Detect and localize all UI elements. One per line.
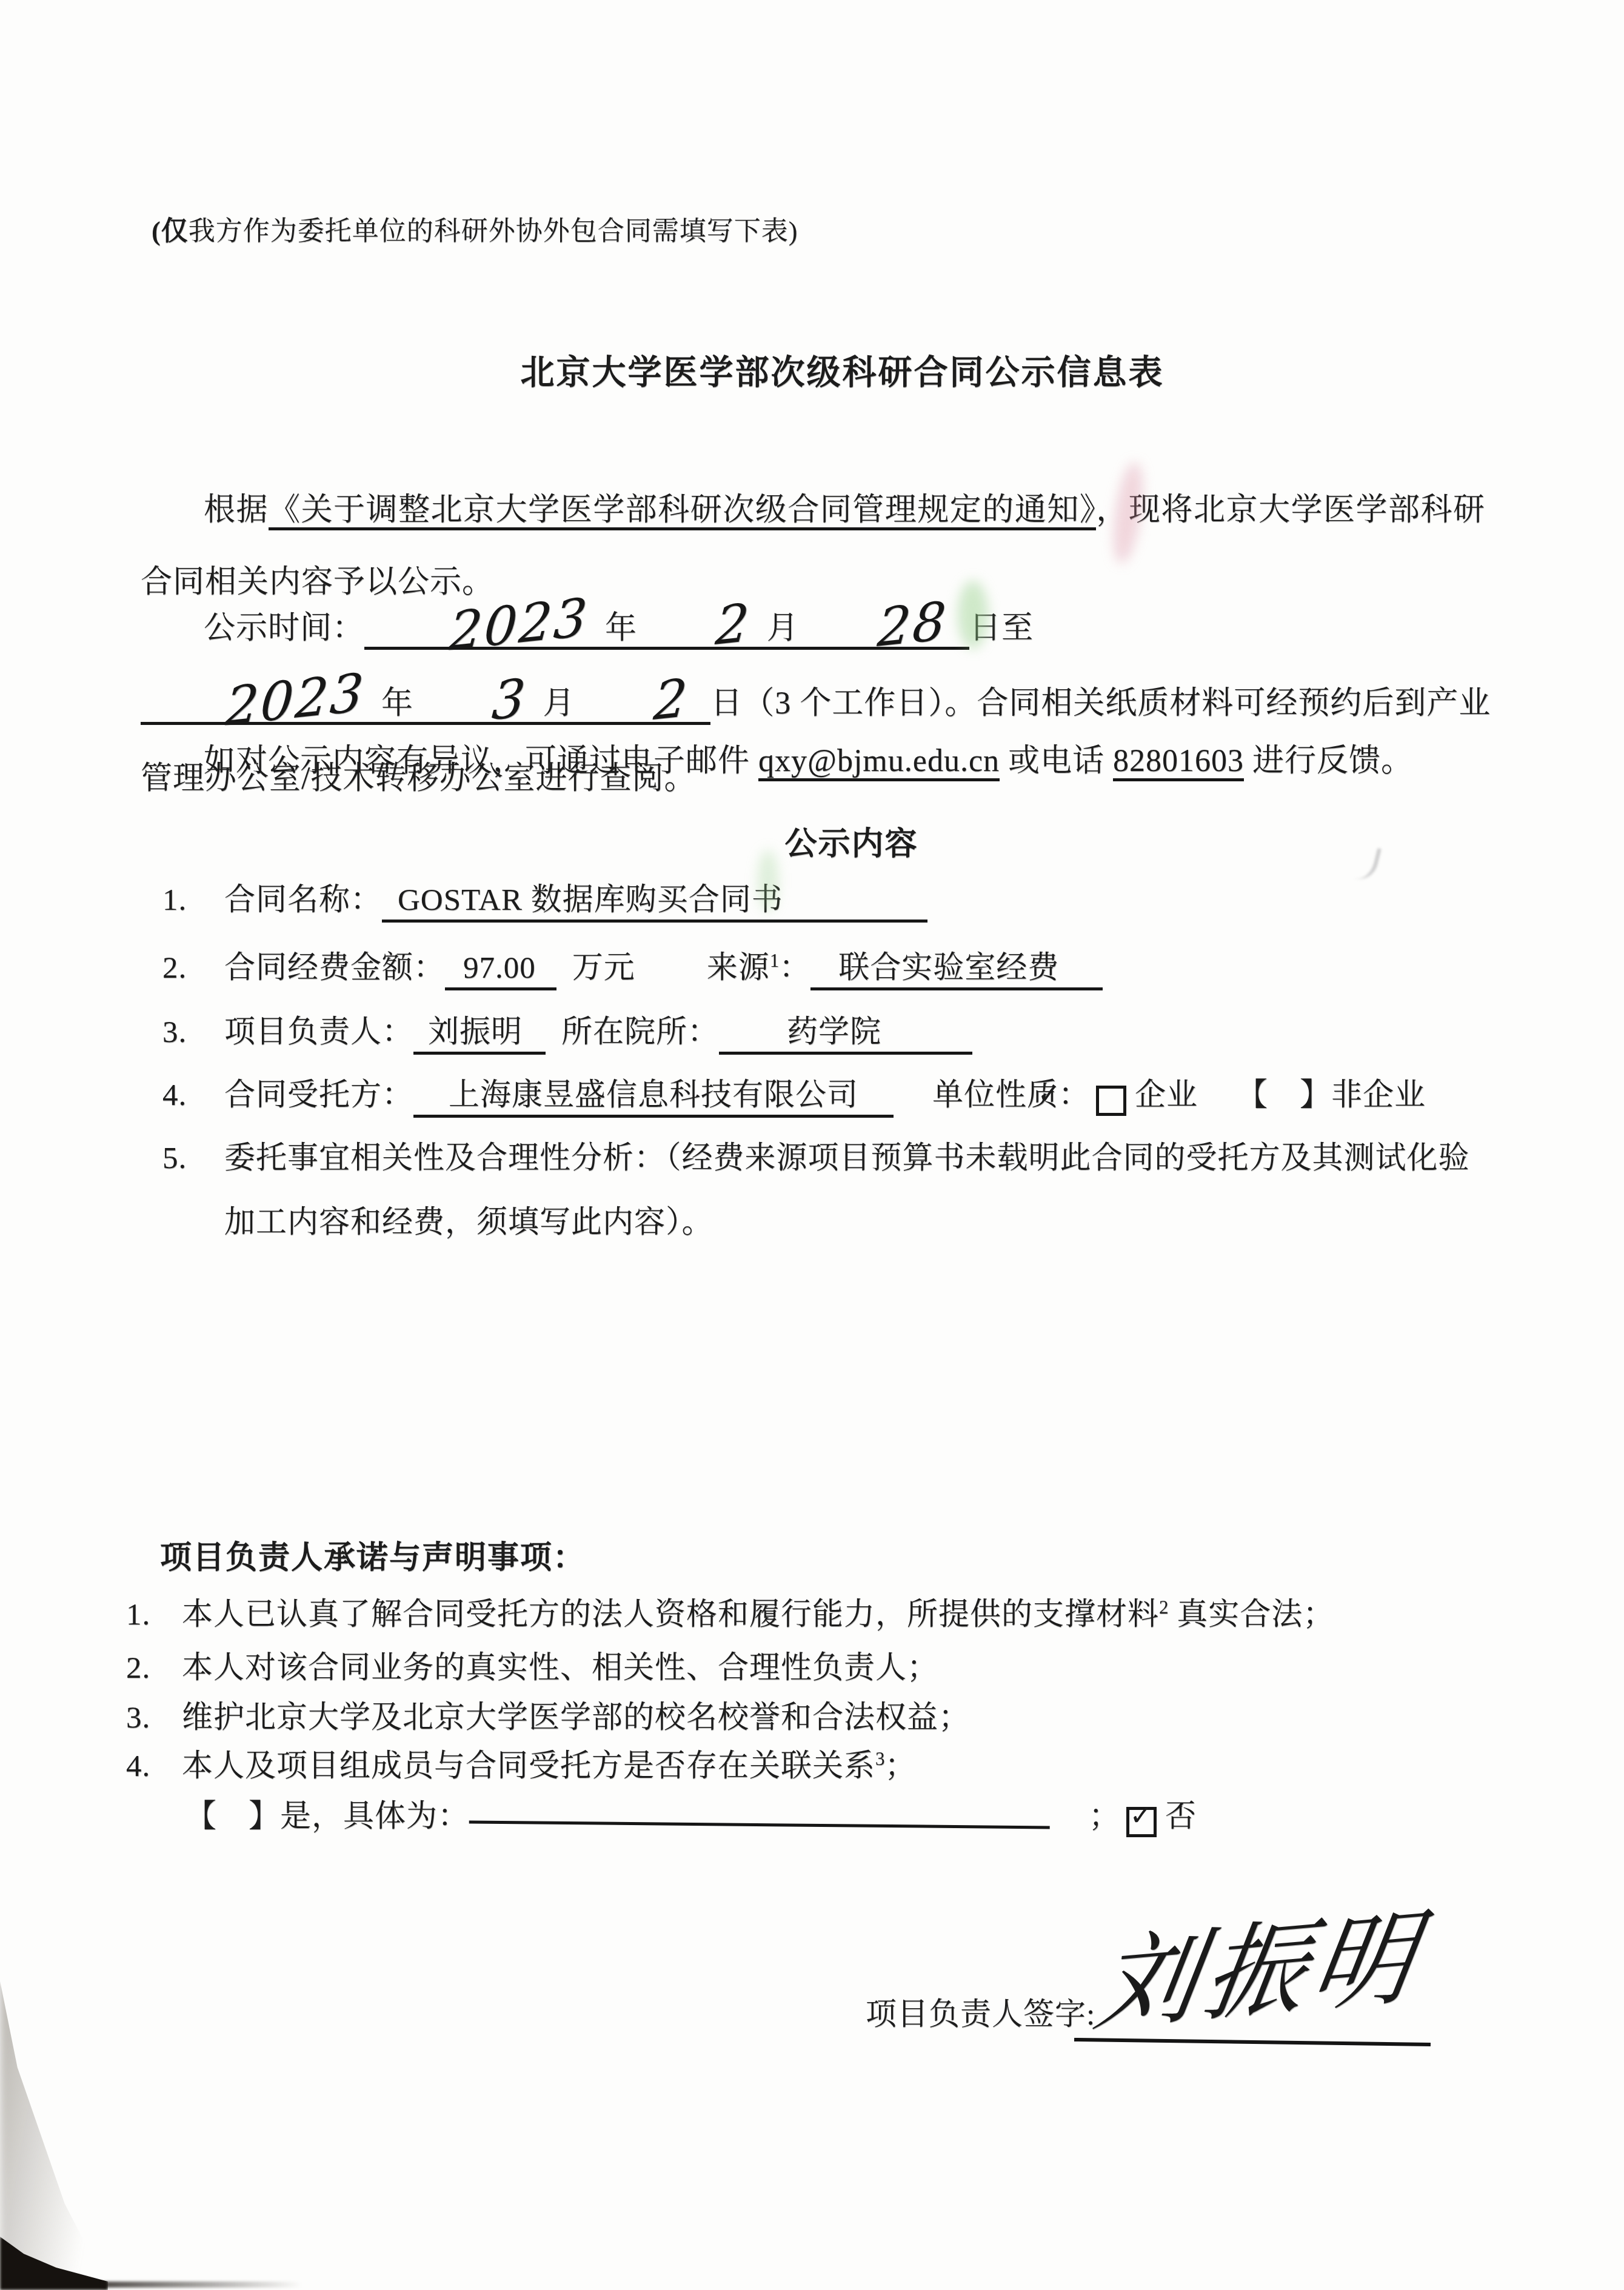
feedback-lead: 如对公示内容有异议，可通过电子邮件: [204, 744, 758, 778]
declaration-4: 4.本人及项目组成员与合同受托方是否存在关联关系3；: [126, 1735, 1553, 1798]
item3-number: 3.: [162, 1000, 224, 1064]
contractor-value: 上海康昱盛信息科技有限公司: [413, 1078, 894, 1118]
note-rest: 我方作为委托单位的科研外协外包合同需填写下表): [189, 216, 798, 246]
leader-label: 项目负责人：: [224, 1015, 413, 1049]
d2-text: 本人对该合同业务的真实性、相关性、合理性负责人；: [182, 1651, 938, 1685]
feedback-paragraph: 如对公示内容有异议，可通过电子邮件 qxy@bjmu.edu.cn 或电话 82…: [141, 725, 1500, 797]
handwritten-start-day: 28: [814, 598, 949, 659]
d4-footnote-marker: 3: [875, 1748, 885, 1769]
relevance-analysis-text: 委托事宜相关性及合理性分析：（经费来源项目预算书未载明此合同的受托方及其测试化验…: [224, 1141, 1470, 1240]
contractor-label: 合同受托方：: [224, 1078, 413, 1112]
contact-phone: 82801603: [1113, 744, 1244, 781]
enterprise-checked-checkbox: ✓: [1096, 1086, 1126, 1116]
non-enterprise-option-label: 非企业: [1331, 1078, 1426, 1112]
project-leader-row: 3.项目负责人：刘振明所在院所：药学院: [162, 1000, 1543, 1064]
item5-number: 5.: [162, 1126, 224, 1190]
option-semicolon: ；: [1089, 1800, 1120, 1834]
d1-footnote-marker: 2: [1159, 1597, 1169, 1618]
enterprise-option-label: 企业: [1135, 1078, 1198, 1112]
scan-dark-corner-tail: [102, 2282, 302, 2288]
filing-instruction-note: (仅我方作为委托单位的科研外协外包合同需填写下表): [152, 213, 798, 249]
signature-label: 项目负责人签字:: [866, 1994, 1095, 2036]
month-unit-2: 月: [535, 686, 584, 721]
source-colon: ：: [779, 951, 810, 985]
check-icon: ✓: [1129, 1805, 1154, 1826]
no-checked-checkbox: ✓: [1126, 1807, 1157, 1837]
non-enterprise-empty-brackets: 【 】: [1237, 1078, 1331, 1112]
handwritten-end-month: 3: [428, 675, 529, 732]
contractor-row: 4.合同受托方：上海康昱盛信息科技有限公司单位性质：✓企业【 】非企业: [162, 1063, 1543, 1127]
item4-number: 4.: [162, 1063, 224, 1127]
scan-shadow-bottom-left: [0, 1981, 124, 2290]
intro-lead: 根据: [204, 493, 269, 527]
handwritten-start-year: 2023: [385, 594, 590, 663]
declarations-heading: 项目负责人承诺与声明事项：: [160, 1537, 586, 1580]
institute-value: 药学院: [719, 1015, 972, 1055]
feedback-tail: 进行反馈。: [1244, 744, 1413, 778]
d1-text: 本人已认真了解合同受托方的法人资格和履行能力，所提供的支撑材料: [182, 1598, 1159, 1632]
contract-name-row: 1.合同名称：GOSTAR 数据库购买合同书: [162, 868, 1543, 932]
contact-email: qxy@bjmu.edu.cn: [758, 744, 1000, 781]
handwritten-start-month: 2: [652, 599, 752, 657]
month-unit: 月: [758, 611, 807, 646]
leader-name-value: 刘振明: [413, 1015, 546, 1055]
source-footnote-marker: 1: [770, 950, 780, 971]
notice-title-underlined: 《关于调整北京大学医学部科研次级合同管理规定的通知》: [269, 493, 1096, 530]
amount-label: 合同经费金额：: [224, 951, 445, 985]
no-option-label: 否: [1165, 1800, 1197, 1834]
scan-smudge-green-1: [958, 581, 988, 649]
contract-name-label: 合同名称：: [224, 883, 382, 917]
start-date-blank: 2023 年 2 月 28: [364, 611, 969, 650]
related-party-option-line: 【 】是，具体为：；✓否: [185, 1789, 1519, 1838]
item1-number: 1.: [162, 868, 224, 932]
d3-text: 维护北京大学及北京大学医学部的校名校誉和合法权益；: [182, 1701, 970, 1735]
entity-type-label: 单位性质：: [932, 1078, 1090, 1112]
d1-tail: 真实合法；: [1177, 1598, 1334, 1632]
year-unit: 年: [596, 611, 646, 646]
publicity-label: 公示时间：: [204, 611, 364, 646]
publicity-content-heading: 公示内容: [79, 823, 1624, 867]
details-blank-line: [469, 1786, 1051, 1829]
source-label: 来源: [707, 951, 770, 985]
scanned-document-page: (仅我方作为委托单位的科研外协外包合同需填写下表) 北京大学医学部次级科研合同公…: [0, 0, 1624, 2290]
contract-amount-row: 2.合同经费金额：97.00万元来源1：联合实验室经费: [162, 936, 1543, 1000]
item2-number: 2.: [162, 936, 224, 1000]
contract-name-value: GOSTAR 数据库购买合同书: [382, 883, 927, 923]
d4-number: 4.: [126, 1735, 182, 1798]
yes-empty-brackets: 【 】: [185, 1800, 280, 1834]
relevance-analysis-row: 5.委托事宜相关性及合理性分析：（经费来源项目预算书未载明此合同的受托方及其测试…: [162, 1126, 1477, 1255]
handwritten-end-day: 2: [589, 675, 690, 732]
year-unit-2: 年: [373, 686, 422, 721]
document-title: 北京大学医学部次级科研合同公示信息表: [61, 350, 1624, 396]
yes-option-label: 是，具体为：: [280, 1800, 469, 1834]
note-bold-part: (仅: [152, 216, 189, 246]
d4-text: 本人及项目组成员与合同受托方是否存在关联关系: [182, 1749, 875, 1783]
end-date-blank: 2023 年 3 月 2: [141, 686, 710, 725]
feedback-mid: 或电话: [1000, 744, 1113, 778]
handwritten-signature: 刘振明: [1088, 1875, 1434, 2052]
amount-unit: 万元: [572, 951, 635, 985]
d4-tail: ；: [885, 1749, 917, 1783]
institute-label: 所在院所：: [561, 1015, 719, 1049]
amount-value: 97.00: [445, 951, 556, 990]
scan-smudge-green-2: [758, 850, 778, 912]
source-value: 联合实验室经费: [810, 951, 1103, 990]
